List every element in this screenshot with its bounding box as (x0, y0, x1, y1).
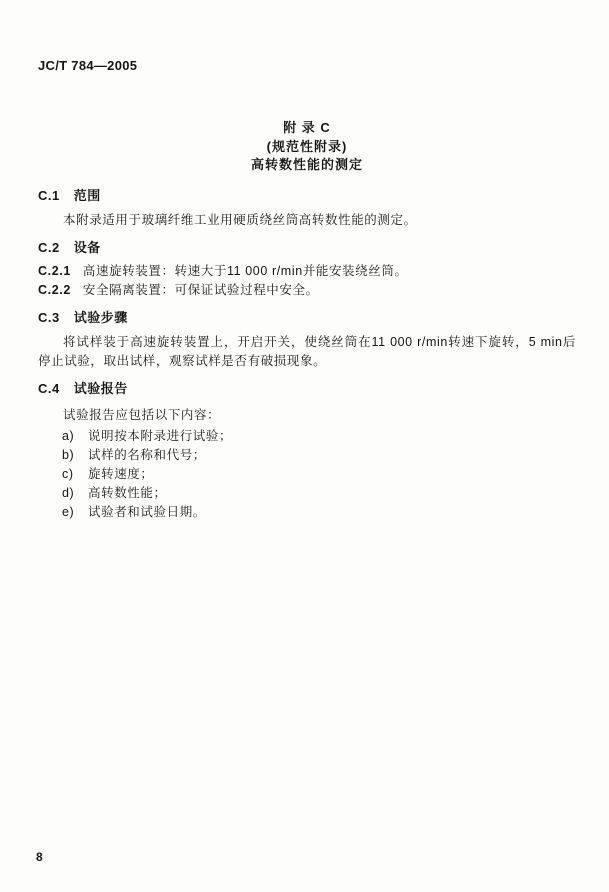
section-title: 范围 (74, 188, 101, 203)
list-item-text: 高转数性能； (88, 484, 167, 503)
standard-number: JC/T 784—2005 (38, 58, 576, 73)
list-item-text: 说明按本附录进行试验； (88, 427, 232, 446)
section-paragraph-c1: 本附录适用于玻璃纤维工业用硬质绕丝筒高转数性能的测定。 (38, 211, 576, 230)
appendix-title: 附 录 C (38, 119, 576, 138)
section-heading-c4: C.4试验报告 (38, 381, 576, 397)
subclause-text: 安全隔离装置：可保证试验过程中安全。 (83, 283, 319, 297)
section-heading-c1: C.1范围 (38, 188, 576, 204)
subclause-c21: C.2.1高速旋转装置：转速大于11 000 r/min并能安装绕丝筒。 (38, 262, 576, 281)
list-item-label: c) (62, 465, 88, 484)
report-intro: 试验报告应包括以下内容： (38, 406, 576, 425)
section-paragraph-c3: 将试样装于高速旋转装置上，开启开关，使绕丝筒在11 000 r/min转速下旋转… (38, 333, 576, 371)
section-title: 试验报告 (74, 381, 128, 396)
list-item-a: a) 说明按本附录进行试验； (38, 427, 576, 446)
report-list: a) 说明按本附录进行试验； b) 试样的名称和代号； c) 旋转速度； d) … (38, 427, 576, 523)
appendix-subject: 高转数性能的测定 (38, 156, 576, 175)
list-item-b: b) 试样的名称和代号； (38, 446, 576, 465)
list-item-d: d) 高转数性能； (38, 484, 576, 503)
section-number: C.2 (38, 240, 60, 255)
list-item-label: e) (62, 503, 88, 522)
page-number: 8 (36, 850, 43, 864)
list-item-c: c) 旋转速度； (38, 465, 576, 484)
list-item-text: 旋转速度； (88, 465, 154, 484)
section-heading-c3: C.3试验步骤 (38, 310, 576, 326)
section-number: C.4 (38, 381, 60, 396)
list-item-text: 试样的名称和代号； (88, 446, 206, 465)
appendix-type: (规范性附录) (38, 138, 576, 157)
subclause-text: 高速旋转装置：转速大于11 000 r/min并能安装绕丝筒。 (83, 264, 408, 278)
list-item-e: e) 试验者和试验日期。 (38, 503, 576, 522)
section-number: C.1 (38, 188, 60, 203)
list-item-label: b) (62, 446, 88, 465)
subclause-c22: C.2.2安全隔离装置：可保证试验过程中安全。 (38, 281, 576, 300)
subclause-number: C.2.1 (38, 264, 71, 278)
list-item-text: 试验者和试验日期。 (88, 503, 206, 522)
list-item-label: a) (62, 427, 88, 446)
list-item-label: d) (62, 484, 88, 503)
appendix-title-block: 附 录 C (规范性附录) 高转数性能的测定 (38, 119, 576, 175)
section-number: C.3 (38, 310, 60, 325)
document-page: JC/T 784—2005 附 录 C (规范性附录) 高转数性能的测定 C.1… (0, 0, 609, 892)
section-title: 试验步骤 (74, 310, 128, 325)
section-title: 设备 (74, 240, 101, 255)
section-heading-c2: C.2设备 (38, 240, 576, 256)
page-content: JC/T 784—2005 附 录 C (规范性附录) 高转数性能的测定 C.1… (38, 58, 576, 523)
subclause-number: C.2.2 (38, 283, 71, 297)
